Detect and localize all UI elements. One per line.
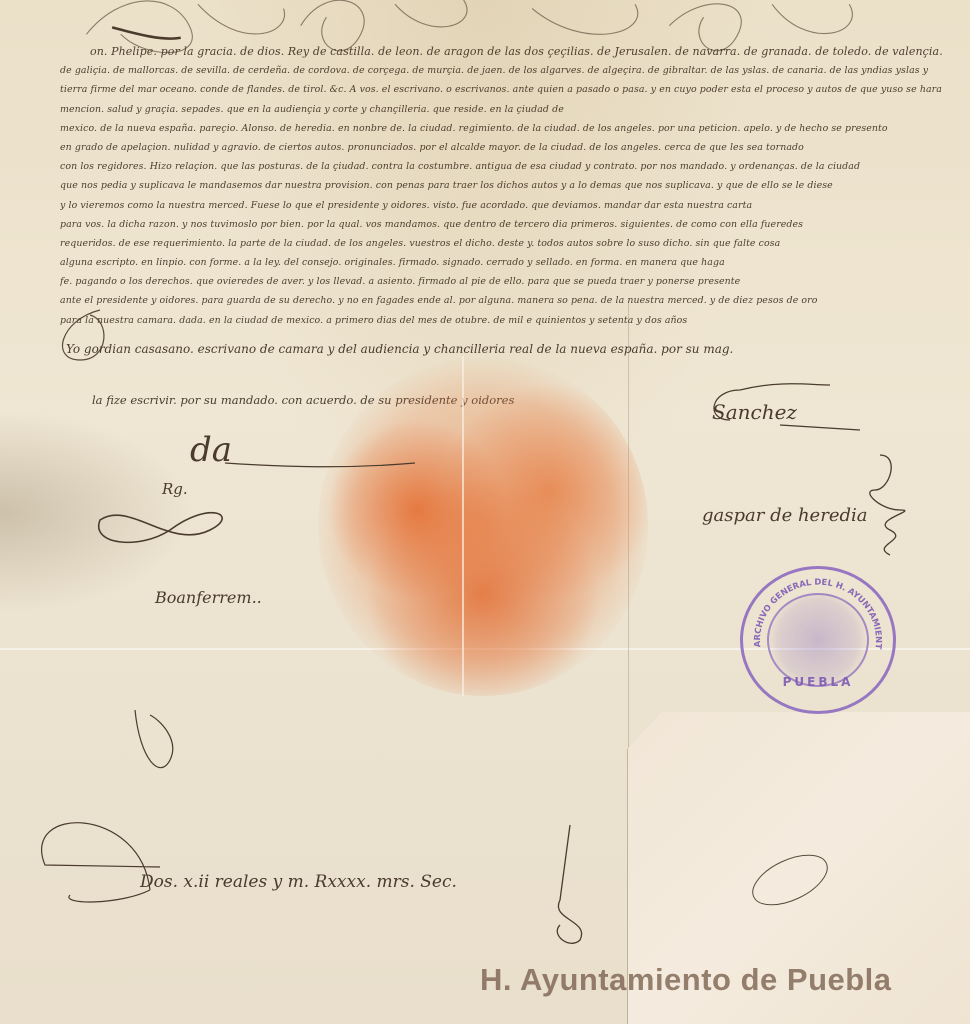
archive-stamp: ARCHIVO GENERAL DEL H. AYUNTAMIENTO PUEB… <box>740 566 896 714</box>
signature-left: Boanferrem.. <box>155 588 262 607</box>
registro-flourish-icon <box>90 500 240 560</box>
rubric-flourish-icon <box>860 450 930 560</box>
oval-ink-mark-icon <box>745 840 835 920</box>
watermark: H. Ayuntamiento de Puebla <box>480 962 892 998</box>
body-line: alguna escripto. en linpio. con forme. a… <box>60 253 960 272</box>
body-line: en grado de apelaçion. nulidad y agravio… <box>60 138 960 157</box>
attestation-line: Yo gordian casasano. escrivano de camara… <box>66 342 733 356</box>
stamp-city: PUEBLA <box>743 675 893 689</box>
fees-initial-flourish-icon <box>20 805 160 905</box>
body-line: con los regidores. Hizo relaçion. que la… <box>60 157 960 176</box>
loop-stroke-icon <box>130 700 190 790</box>
body-line: on. Phelipe. por la gracia. de dios. Rey… <box>60 42 960 61</box>
body-line: ante el presidente y oidores. para guard… <box>60 291 960 310</box>
fees-line: Dos. x.ii reales y m. Rxxxx. mrs. Sec. <box>140 872 457 892</box>
underline-stroke-icon <box>225 455 425 475</box>
body-line: que nos pedia y suplicava le mandasemos … <box>60 176 960 195</box>
signature-right-2: gaspar de heredia <box>702 505 867 526</box>
body-line: y lo vieremos como la nuestra merced. Fu… <box>60 196 960 215</box>
wax-seal <box>318 356 648 696</box>
stamp-eagle-emblem-icon <box>767 593 869 687</box>
signature-flourish-icon <box>700 380 880 430</box>
note-registro: Rg. <box>162 480 188 498</box>
body-line: requeridos. de ese requerimiento. la par… <box>60 234 960 253</box>
provision-body-text: on. Phelipe. por la gracia. de dios. Rey… <box>60 42 960 330</box>
body-line: para vos. la dicha razon. y nos tuvimosl… <box>60 215 960 234</box>
body-line: de galiçia. de mallorcas. de sevilla. de… <box>60 61 960 80</box>
body-line: para la nuestra camara. dada. en la ciud… <box>60 311 960 330</box>
seal-crease <box>462 356 464 696</box>
body-line: mexico. de la nueva españa. pareçio. Alo… <box>60 119 960 138</box>
body-line: fe. pagando o los derechos. que ovierede… <box>60 272 960 291</box>
initial-flourish-icon <box>40 300 160 380</box>
body-line: tierra firme del mar oceano. conde de fl… <box>60 80 960 99</box>
body-line: mencion. salud y graçia. sepades. que en… <box>60 100 960 119</box>
fees-rubric-icon <box>540 820 600 950</box>
